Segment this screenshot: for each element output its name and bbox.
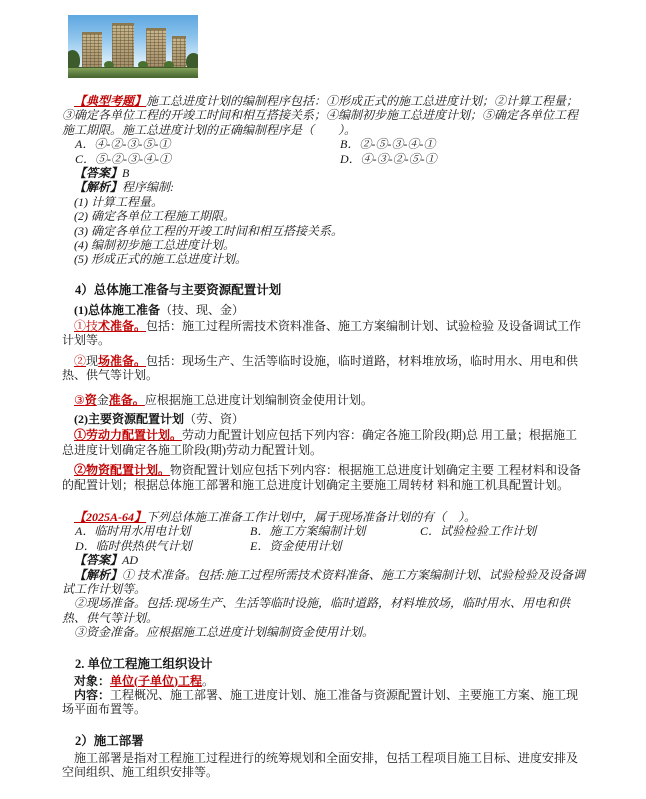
text-run: ③	[74, 393, 85, 407]
text-run: AD	[122, 553, 138, 567]
section-heading-4: 4）总体施工准备与主要资源配置计划	[62, 283, 588, 298]
para-technical-preparation: ①技术准备。包括：施工过程所需技术资料准备、施工方案编制计划、试验检验 及设备调…	[62, 319, 588, 348]
q2-stem: 【2025A-64】下列总体施工准备工作计划中，属于现场准备计划的有（ ）。	[62, 510, 588, 524]
residential-towers-image	[68, 15, 198, 78]
q2-options-row-1: A．临时用水用电计划B．施工方案编制计划C．试验检验工作计划	[62, 524, 588, 538]
lawn	[68, 67, 198, 78]
text-run: ③资金准备。应根据施工总进度计划编制资金使用计划。	[74, 625, 374, 639]
analysis-tag: 【解析】	[74, 180, 122, 194]
text-run: 程序编制:	[122, 180, 174, 194]
text-run: 下列总体施工准备工作计划中，属于现场准备计划的有（ ）。	[146, 510, 476, 524]
text-run: 术准备。	[98, 319, 146, 333]
text-run: 场准备。	[98, 354, 146, 368]
para-material-plan: ②物资配置计划。物资配置计划应包括下列内容：根据施工总进度计划确定主要 工程材料…	[62, 463, 588, 492]
para-labor-plan: ①劳动力配置计划。劳动力配置计划应包括下列内容：确定各施工阶段(期)总 用工量；…	[62, 428, 588, 457]
para-contents: 内容：工程概况、施工部署、施工进度计划、施工准备与资源配置计划、主要施工方案、施…	[62, 688, 588, 717]
text-run: ②	[74, 354, 86, 368]
q2-analysis-1: 【解析】① 技术准备。包括:施工过程所需技术资料准备、施工方案编制计划、试验检验…	[62, 568, 588, 597]
para-deployment: 施工部署是指对工程施工过程进行的统筹规划和全面安排，包括工程项目施工目标、进度安…	[62, 751, 588, 780]
q2-analysis-3: ③资金准备。应根据施工总进度计划编制资金使用计划。	[62, 625, 588, 639]
building-tower-2	[112, 23, 134, 68]
text-run: （技、现、金）	[160, 303, 244, 317]
text-run: 施工部署是指对工程施工过程进行的统筹规划和全面安排，包括工程项目施工目标、进度安…	[62, 751, 578, 779]
q1-step-4: (4) 编制初步施工总进度计划。	[62, 238, 588, 252]
q1-step-1: (1) 计算工程量。	[62, 195, 588, 209]
text-run: 工程概况、施工部署、施工进度计划、施工准备与资源配置计划、主要施工方案、施工现场…	[62, 688, 578, 716]
text-run: 金	[97, 393, 109, 407]
text-run: (1)总体施工准备	[74, 303, 160, 317]
text-run: ①劳动力配置计划。	[74, 428, 182, 442]
option-E: E．资金使用计划	[250, 539, 341, 553]
text-run: （劳、资）	[184, 412, 244, 426]
subheading-resource-allocation: (2)主要资源配置计划（劳、资）	[62, 412, 588, 426]
option-A: A．④-②-③-⑤-①	[75, 137, 340, 151]
option-A: A．临时用水用电计划	[75, 524, 250, 538]
exam-question-tag: 【2025A-64】	[74, 510, 146, 524]
q1-analysis: 【解析】程序编制:	[62, 180, 588, 194]
text-run: 。	[202, 674, 214, 688]
q2-analysis-2: ②现场准备。包括:现场生产、生活等临时设施，临时道路，材料堆放场，临时用水、用电…	[62, 596, 588, 625]
text-run: 对象：	[74, 674, 110, 688]
q2-options-row-2: D．临时供热供气计划E．资金使用计划	[62, 539, 588, 553]
para-site-preparation: ②现场准备。包括：现场生产、生活等临时设施，临时道路，材料堆放场，临时用水、用电…	[62, 354, 588, 383]
building-tower-3	[146, 28, 166, 68]
q1-options-row-1: A．④-②-③-⑤-①B．②-⑤-③-④-①	[62, 137, 588, 151]
text-content: 【典型考题】施工总进度计划的编制程序包括：①形成正式的施工总进度计划；②计算工程…	[62, 94, 588, 779]
document-page: 【典型考题】施工总进度计划的编制程序包括：①形成正式的施工总进度计划；②计算工程…	[0, 0, 646, 799]
text-run: (3) 确定各单位工程的开竣工时间和相互搭接关系。	[74, 224, 343, 238]
section-heading-unit-design: 2. 单位工程施工组织设计	[62, 657, 588, 672]
text-run: (5) 形成正式的施工总进度计划。	[74, 252, 247, 266]
text-run: 应根据施工总进度计划编制资金使用计划。	[145, 393, 373, 407]
text-run: (2) 确定各单位工程施工期限。	[74, 209, 235, 223]
text-run: (1) 计算工程量。	[74, 195, 163, 209]
text-run: (4) 编制初步施工总进度计划。	[74, 238, 235, 252]
subheading-overall-preparation: (1)总体施工准备（技、现、金）	[62, 303, 588, 317]
para-object: 对象：单位(子单位)工程。	[62, 674, 588, 688]
analysis-tag: 【解析】	[74, 568, 122, 582]
document-body: 【典型考题】施工总进度计划的编制程序包括：①形成正式的施工总进度计划；②计算工程…	[0, 15, 646, 779]
text-run: (2)主要资源配置计划	[74, 412, 184, 426]
answer-tag: 【答案】	[74, 553, 122, 567]
section-title: 4）总体施工准备与主要资源配置计划	[75, 283, 281, 297]
text-run: 准备。	[109, 393, 145, 407]
option-B: B．②-⑤-③-④-①	[340, 137, 435, 151]
section-heading-deployment: 2）施工部署	[62, 734, 588, 749]
text-run: ① 技术准备。包括:施工过程所需技术资料准备、施工方案编制计划、试验检验及设备调…	[62, 568, 585, 596]
q2-answer: 【答案】AD	[62, 553, 588, 567]
q1-answer: 【答案】B	[62, 166, 588, 180]
option-B: B．施工方案编制计划	[250, 524, 420, 538]
text-run: ②现场准备。包括:现场生产、生活等临时设施，临时道路，材料堆放场，临时用水、用电…	[62, 596, 570, 624]
option-C: C．试验检验工作计划	[420, 524, 536, 538]
option-D: D．④-③-②-⑤-①	[340, 152, 437, 166]
section-title: 2）施工部署	[75, 734, 144, 748]
text-run: ②物资配置计划。	[74, 463, 170, 477]
text-run: ①技	[74, 319, 98, 333]
option-D: D．临时供热供气计划	[75, 539, 250, 553]
q1-step-3: (3) 确定各单位工程的开竣工时间和相互搭接关系。	[62, 224, 588, 238]
building-tower-1	[82, 32, 102, 68]
option-C: C．⑤-②-③-④-①	[75, 152, 340, 166]
q1-step-5: (5) 形成正式的施工总进度计划。	[62, 252, 588, 266]
q1-step-2: (2) 确定各单位工程施工期限。	[62, 209, 588, 223]
text-run: 内容：	[74, 688, 110, 702]
text-run: 单位(子单位)工程	[110, 674, 202, 688]
text-run: 现	[86, 354, 98, 368]
section-title: 2. 单位工程施工组织设计	[75, 657, 213, 671]
text-run: B	[122, 166, 129, 180]
text-run: 资	[85, 393, 97, 407]
typical-question-tag: 【典型考题】	[74, 94, 146, 108]
answer-tag: 【答案】	[74, 166, 122, 180]
para-fund-preparation: ③资金准备。应根据施工总进度计划编制资金使用计划。	[62, 393, 588, 407]
q1-stem: 【典型考题】施工总进度计划的编制程序包括：①形成正式的施工总进度计划；②计算工程…	[62, 94, 588, 137]
building-tower-4	[172, 36, 186, 68]
q1-options-row-2: C．⑤-②-③-④-①D．④-③-②-⑤-①	[62, 152, 588, 166]
